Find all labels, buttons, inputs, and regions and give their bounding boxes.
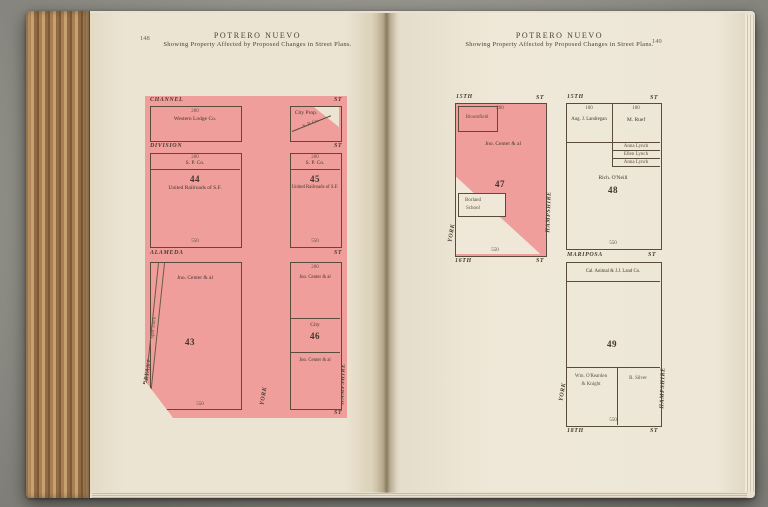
left-page-number: 148 bbox=[140, 36, 150, 43]
street-label-16th: 16TH bbox=[455, 258, 472, 264]
lot-ruef: M. Ruef bbox=[627, 118, 645, 124]
bloomfield-lot-label: Bloomfield bbox=[466, 115, 489, 120]
block-43-unshaded-notch bbox=[145, 381, 173, 418]
block-44-strip-owner: S. P. Co. bbox=[186, 161, 205, 167]
street-label-18th: 18TH bbox=[567, 428, 584, 434]
block-46-owner-top: Jno. Center & al bbox=[299, 276, 330, 281]
block-49-company: Cal. Animal & J.J. Land Co. bbox=[586, 270, 641, 275]
street-label-channel: CHANNEL bbox=[150, 97, 183, 103]
lot-lynch-2: Ellen Lynch bbox=[624, 152, 648, 157]
street-label-alameda: ALAMEDA bbox=[150, 250, 184, 256]
block-48-dim-bottom: 550 bbox=[609, 241, 617, 246]
block-48-hline-2 bbox=[612, 150, 660, 151]
block-44-owner: United Railroads of S.F. bbox=[168, 186, 221, 192]
right-page-header: POTRERO NUEVO Showing Property Affected … bbox=[452, 32, 667, 49]
block-43-number: 43 bbox=[185, 338, 195, 347]
block-46-owner-bottom: Jno. Center & al bbox=[299, 359, 330, 364]
street-label-15th-47: 15TH bbox=[456, 94, 473, 100]
block-49-dim-bottom: 550 bbox=[609, 418, 617, 423]
block-48-vline bbox=[612, 103, 613, 166]
street-suffix-alameda: ST bbox=[334, 250, 342, 256]
block-49-strip-line bbox=[566, 281, 660, 282]
borland-school-line1: Borland bbox=[465, 198, 481, 203]
left-page-header: POTRERO NUEVO Showing Property Affected … bbox=[150, 32, 365, 49]
block-44 bbox=[150, 153, 242, 248]
left-page-subtitle: Showing Property Affected by Proposed Ch… bbox=[150, 42, 365, 49]
borland-school-lot bbox=[458, 193, 506, 217]
fore-edge-bottom bbox=[92, 492, 747, 498]
book-gutter-shadow bbox=[372, 13, 400, 493]
block-49-lot-hline bbox=[566, 367, 660, 368]
street-suffix-15th-48: ST bbox=[650, 95, 658, 101]
block-45-owner: United Railroads of S.F. bbox=[292, 186, 338, 191]
left-page-title: POTRERO NUEVO bbox=[150, 32, 365, 40]
block-45-dim-bottom: 550 bbox=[311, 239, 319, 244]
block-43-owner: Jno. Center & al bbox=[177, 276, 213, 282]
block-45-number: 45 bbox=[310, 175, 320, 184]
block-48-dim-right: 100 bbox=[632, 106, 640, 111]
block-48-hline-3 bbox=[612, 158, 660, 159]
block-48-number: 48 bbox=[608, 186, 618, 195]
block-44-number: 44 bbox=[190, 175, 200, 184]
lodge-owner-label: Western Lodge Co. bbox=[174, 117, 216, 123]
block-47-number: 47 bbox=[495, 180, 505, 189]
street-label-division: DIVISION bbox=[150, 143, 182, 149]
block-45 bbox=[290, 153, 342, 248]
lodge-dim-top: 200 bbox=[191, 109, 199, 114]
street-suffix-16th: ST bbox=[536, 258, 544, 264]
block-48-hline-1 bbox=[566, 142, 660, 143]
lot-silver: B. Silver bbox=[629, 376, 647, 381]
block-44-dim-bottom: 550 bbox=[191, 239, 199, 244]
street-suffix-15th: ST bbox=[334, 410, 342, 416]
block-47-owner: Jno. Center & al bbox=[485, 142, 521, 148]
lot-lynch-1: Anna Lynch bbox=[624, 144, 649, 149]
fore-edge-right bbox=[745, 15, 754, 492]
block-46-dim-top: 200 bbox=[311, 265, 319, 270]
street-suffix-division: ST bbox=[334, 143, 342, 149]
city-prop-label: City Prop. bbox=[295, 111, 318, 117]
block-48-dim-left: 100 bbox=[585, 106, 593, 111]
block-46-line-2 bbox=[291, 352, 340, 353]
right-page-subtitle: Showing Property Affected by Proposed Ch… bbox=[452, 42, 667, 49]
block-46-city-label: City bbox=[310, 323, 319, 329]
street-label-15th-48: 15TH bbox=[567, 94, 584, 100]
book-spine-page-edges bbox=[26, 11, 90, 498]
block-43-dim-bottom: 550 bbox=[196, 402, 204, 407]
block-49-lot-vline bbox=[617, 367, 618, 425]
street-suffix-18th: ST bbox=[650, 428, 658, 434]
street-suffix-channel: ST bbox=[334, 97, 342, 103]
lot-oneill: Rich. O'Neill bbox=[598, 176, 627, 182]
right-page-title: POTRERO NUEVO bbox=[452, 32, 667, 40]
photographed-atlas-scene: 148 POTRERO NUEVO Showing Property Affec… bbox=[0, 0, 768, 507]
block-45-strip-line bbox=[291, 169, 340, 170]
street-suffix-mariposa: ST bbox=[648, 252, 656, 258]
lot-orearden-line1: Wm. O'Rearden bbox=[575, 374, 607, 379]
street-label-mariposa: MARIPOSA bbox=[567, 252, 603, 258]
block-45-strip-owner: S. P. Co. bbox=[306, 161, 325, 167]
lot-orearden-line2: & Knight bbox=[581, 382, 600, 387]
street-suffix-15th-47: ST bbox=[536, 95, 544, 101]
lot-landregan: Aug. J. Landregan bbox=[571, 118, 606, 123]
lot-lynch-3: Anna Lynch bbox=[624, 160, 649, 165]
block-44-strip-line bbox=[151, 169, 240, 170]
block-48-hline-4 bbox=[612, 166, 660, 167]
block-46-line-1 bbox=[291, 318, 340, 319]
borland-school-line2: School bbox=[466, 206, 480, 211]
block-47-dim-bottom: 550 bbox=[491, 248, 499, 253]
block-49-number: 49 bbox=[607, 340, 617, 349]
block-46-number: 46 bbox=[310, 332, 320, 341]
